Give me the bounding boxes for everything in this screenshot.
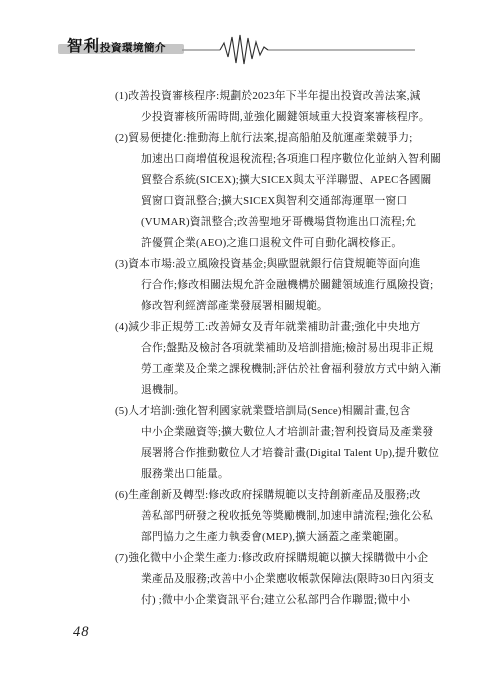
list-item-2: (2)貿易便捷化:推動海上航行法案,提高船舶及航運產業競爭力; 加速出口商增值稅… [141, 128, 441, 254]
chapter-title-main: 智利 [67, 38, 100, 55]
chapter-title: 智利投資環境簡介 [67, 34, 166, 56]
chapter-title-sub: 投資環境簡介 [100, 42, 166, 54]
list-item-line: (2)貿易便捷化:推動海上航行法案,提高船舶及航運產業競爭力; [115, 128, 441, 149]
list-item-line: 服務業出口能量。 [141, 464, 441, 485]
list-item-line: 善私部門研發之稅收抵免等獎勵機制,加速申請流程;強化公私 [141, 506, 441, 527]
list-item-1: (1)改善投資審核程序:規劃於2023年下半年提出投資改善法案,減 少投資審核所… [141, 86, 441, 128]
list-item-3: (3)資本市場:設立風險投資基金;與歐盟就銀行信貸規範等面向進 行合作;修改相關… [141, 254, 441, 317]
list-item-5: (5)人才培訓:強化智利國家就業暨培訓局(Sence)相關計畫,包含 中小企業融… [141, 401, 441, 485]
list-item-line: 貿整合系統(SICEX);擴大SICEX與太平洋聯盟、APEC各國關 [141, 170, 441, 191]
header-rule [182, 32, 416, 68]
list-item-line: 加速出口商增值稅退稅流程;各項進口程序數位化並納入智利關 [141, 149, 441, 170]
list-item-line: 合作;盤點及檢討各項就業補助及培訓措施;檢討易出現非正規 [141, 338, 441, 359]
list-item-line: (6)生產創新及轉型:修改政府採購規範以支持創新產品及服務;改 [115, 485, 441, 506]
list-item-line: 貿窗口資訊整合;擴大SICEX與智利交通部海運單一窗口 [141, 191, 441, 212]
list-item-6: (6)生產創新及轉型:修改政府採購規範以支持創新產品及服務;改 善私部門研發之稅… [141, 485, 441, 548]
list-item-line: 少投資審核所需時間,並強化關鍵領域重大投資案審核程序。 [141, 107, 441, 128]
page-number: 48 [73, 624, 90, 641]
list-item-line: 行合作;修改相關法規允許金融機構於關鍵領域進行風險投資; [141, 275, 441, 296]
heartbeat-waveform-icon [220, 35, 268, 64]
list-item-line: 展署將合作推動數位人才培養計畫(Digital Talent Up),提升數位 [141, 443, 441, 464]
list-item-4: (4)減少非正規勞工:改善婦女及青年就業補助計畫;強化中央地方 合作;盤點及檢討… [141, 317, 441, 401]
list-item-line: (1)改善投資審核程序:規劃於2023年下半年提出投資改善法案,減 [115, 86, 441, 107]
list-item-line: (7)強化微中小企業生產力:修改政府採購規範以擴大採購微中小企 [115, 548, 441, 569]
list-item-line: 修改智利經濟部產業發展署相關規範。 [141, 296, 441, 317]
list-item-line: 付) ;微中小企業資訊平台;建立公私部門合作聯盟;微中小 [141, 590, 441, 611]
list-item-line: (4)減少非正規勞工:改善婦女及青年就業補助計畫;強化中央地方 [115, 317, 441, 338]
list-item-line: 部門協力之生產力執委會(MEP),擴大涵蓋之產業範圍。 [141, 527, 441, 548]
list-item-line: 勞工產業及企業之課稅機制;評估於社會福利發放方式中納入漸 [141, 359, 441, 380]
document-page: 智利投資環境簡介 (1)改善投資審核程序:規劃於2023年下半年提出投資改善法案… [0, 0, 480, 679]
list-item-line: (5)人才培訓:強化智利國家就業暨培訓局(Sence)相關計畫,包含 [115, 401, 441, 422]
list-item-line: (3)資本市場:設立風險投資基金;與歐盟就銀行信貸規範等面向進 [115, 254, 441, 275]
list-item-line: (VUMAR)資訊整合;改善聖地牙哥機場貨物進出口流程;允 [141, 212, 441, 233]
list-item-line: 中小企業融資等;擴大數位人才培訓計畫;智利投資局及產業發 [141, 422, 441, 443]
list-item-line: 退機制。 [141, 380, 441, 401]
list-item-line: 許優質企業(AEO)之進口退稅文件可自動化調校修正。 [141, 233, 441, 254]
list-item-line: 業產品及服務;改善中小企業應收帳款保障法(限時30日內須支 [141, 569, 441, 590]
body-text: (1)改善投資審核程序:規劃於2023年下半年提出投資改善法案,減 少投資審核所… [141, 86, 441, 611]
list-item-7: (7)強化微中小企業生產力:修改政府採購規範以擴大採購微中小企 業產品及服務;改… [141, 548, 441, 611]
